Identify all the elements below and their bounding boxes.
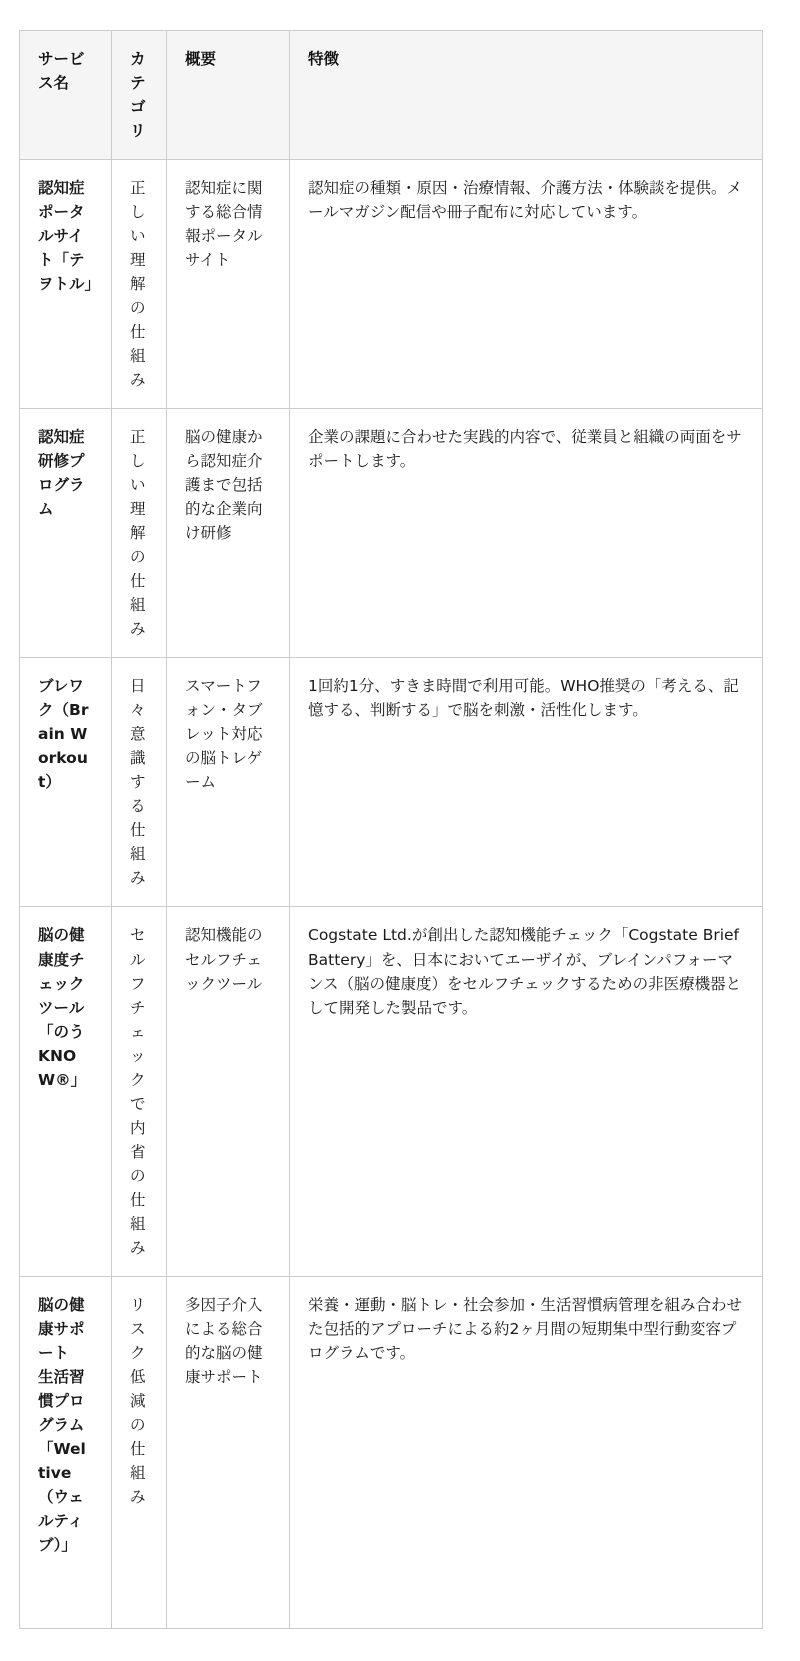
- service-name-cell: 脳の健康度チェックツール「のうKNOW®」: [20, 907, 112, 1276]
- overview-cell: 脳の健康から認知症介護まで包括的な企業向け研修: [167, 409, 290, 658]
- category-cell: 正しい理解の仕組み: [112, 160, 167, 409]
- col-header-category: カテゴリ: [112, 31, 167, 160]
- col-header-features: 特徴: [290, 31, 763, 160]
- features-cell: 栄養・運動・脳トレ・社会参加・生活習慣病管理を組み合わせた包括的アプローチによる…: [290, 1276, 763, 1628]
- service-name-cell: ブレワク（Brain Workout）: [20, 658, 112, 907]
- overview-cell: スマートフォン・タブレット対応の脳トレゲーム: [167, 658, 290, 907]
- services-table: サービス名 カテゴリ 概要 特徴 認知症ポータルサイト「テヲトル」 正しい理解の…: [19, 30, 763, 1629]
- col-header-overview: 概要: [167, 31, 290, 160]
- overview-cell: 認知機能のセルフチェックツール: [167, 907, 290, 1276]
- features-cell: 企業の課題に合わせた実践的内容で、従業員と組織の両面をサポートします。: [290, 409, 763, 658]
- table-row: 脳の健康サポート 生活習慣プログラム「Weltive（ウェルティブ）」 リスク低…: [20, 1276, 763, 1628]
- overview-cell: 認知症に関する総合情報ポータルサイト: [167, 160, 290, 409]
- overview-cell: 多因子介入による総合的な脳の健康サポート: [167, 1276, 290, 1628]
- features-cell: Cogstate Ltd.が創出した認知機能チェック「Cogstate Brie…: [290, 907, 763, 1276]
- category-cell: リスク低減の仕組み: [112, 1276, 167, 1628]
- features-cell: 認知症の種類・原因・治療情報、介護方法・体験談を提供。メールマガジン配信や冊子配…: [290, 160, 763, 409]
- features-cell: 1回約1分、すきま時間で利用可能。WHO推奨の「考える、記憶する、判断する」で脳…: [290, 658, 763, 907]
- table-row: 認知症研修プログラム 正しい理解の仕組み 脳の健康から認知症介護まで包括的な企業…: [20, 409, 763, 658]
- table-row: 脳の健康度チェックツール「のうKNOW®」 セルフチェックで内省の仕組み 認知機…: [20, 907, 763, 1276]
- category-cell: 正しい理解の仕組み: [112, 409, 167, 658]
- col-header-service-name: サービス名: [20, 31, 112, 160]
- service-name-cell: 認知症ポータルサイト「テヲトル」: [20, 160, 112, 409]
- service-name-cell: 認知症研修プログラム: [20, 409, 112, 658]
- category-cell: 日々意識する仕組み: [112, 658, 167, 907]
- service-name-cell: 脳の健康サポート 生活習慣プログラム「Weltive（ウェルティブ）」: [20, 1276, 112, 1628]
- table-header-row: サービス名 カテゴリ 概要 特徴: [20, 31, 763, 160]
- table-row: 認知症ポータルサイト「テヲトル」 正しい理解の仕組み 認知症に関する総合情報ポー…: [20, 160, 763, 409]
- category-cell: セルフチェックで内省の仕組み: [112, 907, 167, 1276]
- document-page: サービス名 カテゴリ 概要 特徴 認知症ポータルサイト「テヲトル」 正しい理解の…: [0, 0, 800, 1661]
- table-row: ブレワク（Brain Workout） 日々意識する仕組み スマートフォン・タブ…: [20, 658, 763, 907]
